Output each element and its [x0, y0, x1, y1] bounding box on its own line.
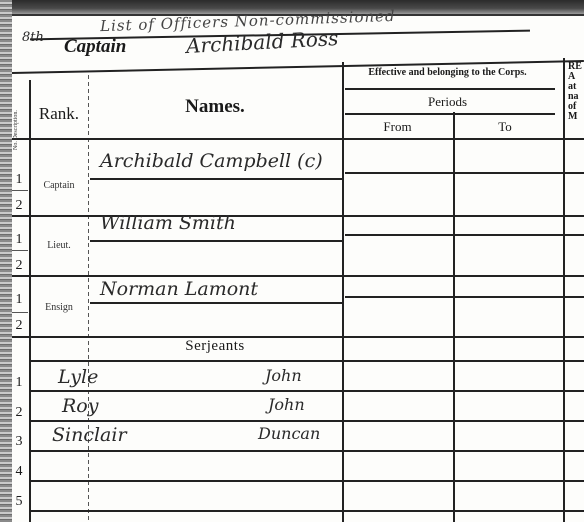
- row-number: 4: [12, 464, 26, 480]
- officer-name-lieut: William Smith: [100, 212, 236, 234]
- group-rule: [12, 215, 584, 217]
- effective-rule: [345, 88, 555, 90]
- rank-captain: Captain: [30, 180, 88, 191]
- header-periods: Periods: [345, 94, 550, 110]
- col-divider-to: [563, 58, 565, 522]
- name-rule: [90, 302, 342, 304]
- header-effective: Effective and belonging to the Corps.: [345, 67, 550, 78]
- row-number: 2: [12, 405, 26, 421]
- name-rule: [90, 178, 342, 180]
- serjeant-surname: Roy: [62, 395, 98, 417]
- serjeant-surname: Lyle: [58, 366, 98, 388]
- header-remarks-partial: RE A at na of M: [568, 62, 582, 122]
- row-rule: [30, 420, 584, 422]
- row-rule: [345, 296, 584, 298]
- serjeant-forename: Duncan: [258, 424, 320, 443]
- header-names: Names.: [90, 96, 340, 118]
- col-divider-from: [453, 112, 455, 522]
- row-number: 5: [12, 494, 26, 510]
- sub-rule: [12, 250, 28, 251]
- section-serjeants: Serjeants: [90, 338, 340, 355]
- row-number: 1: [12, 292, 26, 308]
- row-rule: [30, 390, 584, 392]
- serjeant-surname: Sinclair: [52, 424, 127, 446]
- row-number: 1: [12, 172, 26, 188]
- row-number: 2: [12, 258, 26, 274]
- row-rule: [345, 234, 584, 236]
- row-rule: [30, 480, 584, 482]
- officer-name-ensign: Norman Lamont: [100, 278, 258, 300]
- officer-name-captain: Archibald Campbell (c): [100, 150, 323, 172]
- row-rule: [30, 510, 584, 512]
- header-rank: Rank.: [30, 104, 88, 124]
- col-divider-names: [342, 62, 344, 522]
- row-number: 1: [12, 375, 26, 391]
- serjeant-forename: John: [265, 366, 302, 385]
- header-to: To: [455, 119, 555, 135]
- row-number: 2: [12, 198, 26, 214]
- group-rule: [12, 275, 584, 277]
- col-divider-rank: [88, 75, 89, 522]
- row-number: 3: [12, 434, 26, 450]
- row-rule: [30, 360, 584, 362]
- sub-rule: [12, 312, 28, 313]
- row-rule: [30, 450, 584, 452]
- rank-lieut: Lieut.: [30, 240, 88, 251]
- serjeant-forename: John: [268, 395, 305, 414]
- header-from: From: [345, 119, 450, 135]
- company-label: Captain: [64, 36, 126, 58]
- periods-rule: [345, 113, 555, 115]
- sub-rule: [12, 190, 28, 191]
- rank-ensign: Ensign: [30, 302, 88, 313]
- header-bottom-rule: [12, 138, 584, 140]
- company-ordinal: 8th: [22, 30, 44, 45]
- book-binding: [0, 0, 12, 522]
- row-number: 1: [12, 232, 26, 248]
- col-divider-desc: [29, 80, 31, 522]
- name-rule: [90, 240, 342, 242]
- row-number: 2: [12, 318, 26, 334]
- header-description: No. Description.: [12, 88, 28, 150]
- row-rule: [345, 172, 584, 174]
